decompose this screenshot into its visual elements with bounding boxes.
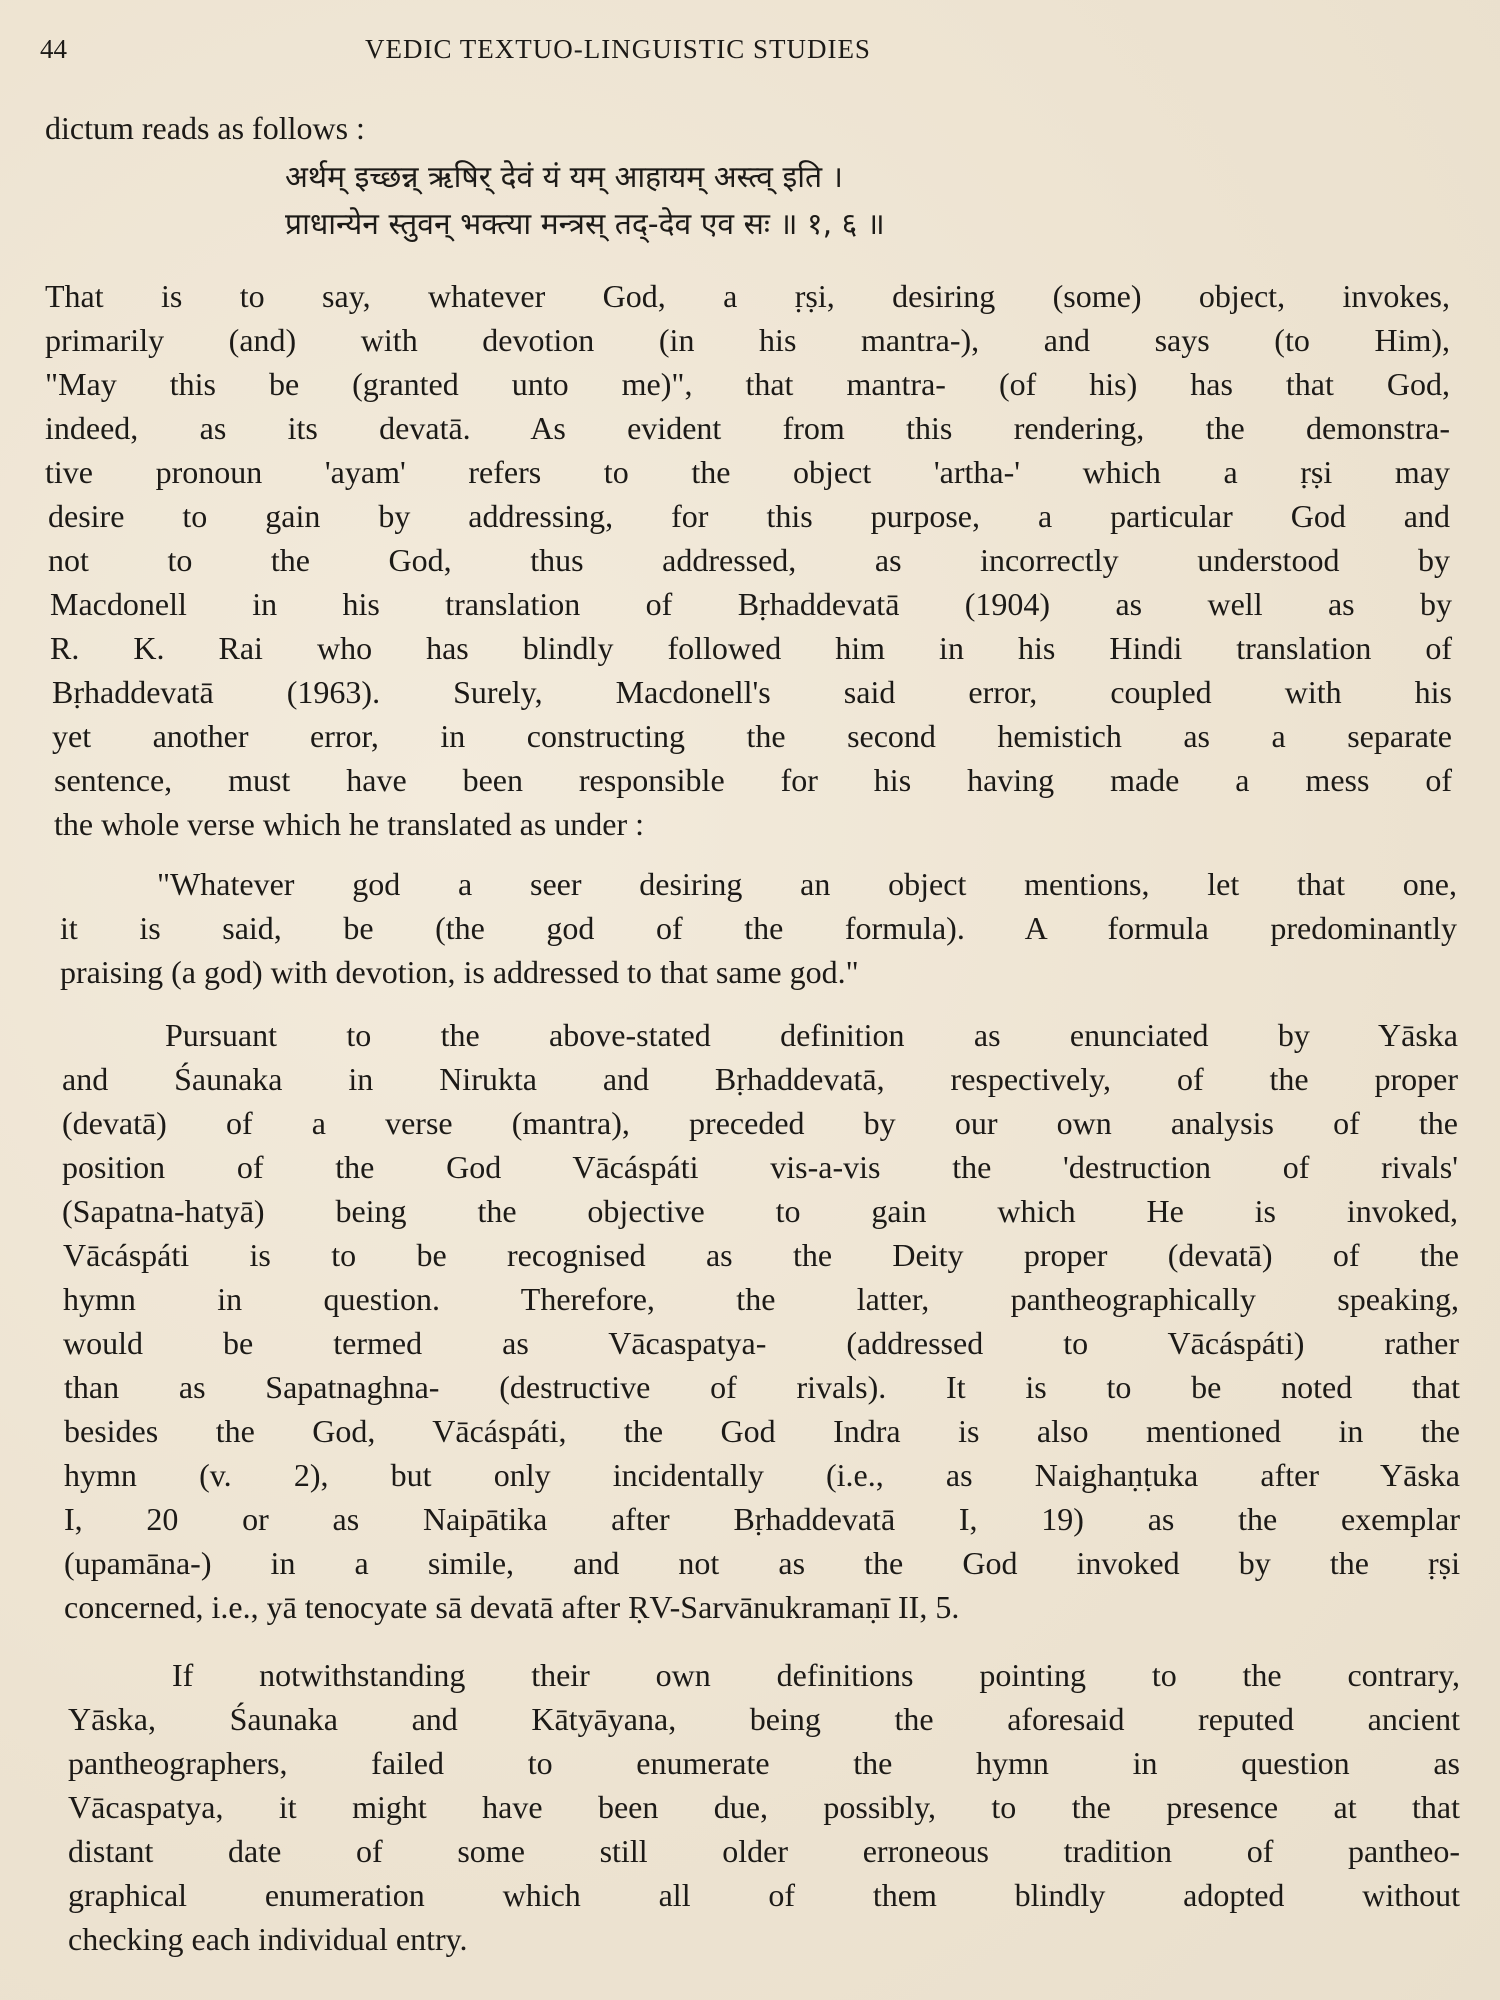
text-line: Bṛhaddevatā (1963). Surely, Macdonell's … [52, 672, 1452, 712]
text-line: (devatā) of a verse (mantra), preceded b… [62, 1103, 1458, 1143]
text-line: yet another error, in constructing the s… [52, 716, 1452, 756]
text-line: I, 20 or as Naipātika after Bṛhaddevatā … [64, 1499, 1460, 1539]
text-line: That is to say, whatever God, a ṛṣi, des… [45, 276, 1450, 316]
text-line: it is said, be (the god of the formula).… [60, 908, 1457, 948]
text-line: position of the God Vācáspáti vis-a-vis … [62, 1147, 1458, 1187]
intro-line: dictum reads as follows : [45, 108, 365, 148]
page-header: 44 VEDIC TEXTUO-LINGUISTIC STUDIES [40, 30, 1460, 70]
text-line: desire to gain by addressing, for this p… [48, 496, 1450, 536]
text-line: the whole verse which he translated as u… [54, 804, 644, 844]
text-line: (upamāna-) in a simile, and not as the G… [64, 1543, 1460, 1583]
text-line: hymn in question. Therefore, the latter,… [63, 1279, 1459, 1319]
text-line: Yāska, Śaunaka and Kātyāyana, being the … [68, 1699, 1460, 1739]
text-line: "May this be (granted unto me)", that ma… [45, 364, 1450, 404]
text-line: tive pronoun 'ayam' refers to the object… [45, 452, 1450, 492]
text-line: sentence, must have been responsible for… [54, 760, 1452, 800]
text-line: concerned, i.e., yā tenocyate sā devatā … [64, 1587, 959, 1627]
text-line: than as Sapatnaghna- (destructive of riv… [64, 1367, 1460, 1407]
text-line: and Śaunaka in Nirukta and Bṛhaddevatā, … [62, 1059, 1458, 1099]
book-page: 44 VEDIC TEXTUO-LINGUISTIC STUDIES dictu… [0, 0, 1500, 2000]
text-line: besides the God, Vācáspáti, the God Indr… [64, 1411, 1460, 1451]
text-line: checking each individual entry. [68, 1919, 468, 1959]
page-number: 44 [40, 34, 67, 65]
text-line: indeed, as its devatā. As evident from t… [45, 408, 1450, 448]
text-line: If notwithstanding their own definitions… [172, 1655, 1460, 1695]
text-line: primarily (and) with devotion (in his ma… [45, 320, 1450, 360]
text-line: Macdonell in his translation of Bṛhaddev… [50, 584, 1452, 624]
text-line: Vācaspatya, it might have been due, poss… [68, 1787, 1460, 1827]
text-line: (Sapatna-hatyā) being the objective to g… [62, 1191, 1458, 1231]
sanskrit-verse-line-1: अर्थम् इच्छन्न् ऋषिर् देवं यं यम् आहायम्… [285, 155, 843, 196]
text-line: Vācáspáti is to be recognised as the Dei… [63, 1235, 1459, 1275]
text-line: R. K. Rai who has blindly followed him i… [50, 628, 1452, 668]
running-title: VEDIC TEXTUO-LINGUISTIC STUDIES [365, 34, 871, 65]
text-line: pantheographers, failed to enumerate the… [68, 1743, 1460, 1783]
text-line: distant date of some still older erroneo… [68, 1831, 1460, 1871]
text-line: graphical enumeration which all of them … [68, 1875, 1460, 1915]
sanskrit-verse-line-2: प्राधान्येन स्तुवन् भक्त्या मन्त्रस् तद्… [285, 202, 885, 243]
text-line: would be termed as Vācaspatya- (addresse… [63, 1323, 1459, 1363]
text-line: "Whatever god a seer desiring an object … [157, 864, 1457, 904]
text-line: praising (a god) with devotion, is addre… [60, 952, 859, 992]
text-line: not to the God, thus addressed, as incor… [48, 540, 1450, 580]
text-line: hymn (v. 2), but only incidentally (i.e.… [64, 1455, 1460, 1495]
text-line: Pursuant to the above-stated definition … [165, 1015, 1458, 1055]
